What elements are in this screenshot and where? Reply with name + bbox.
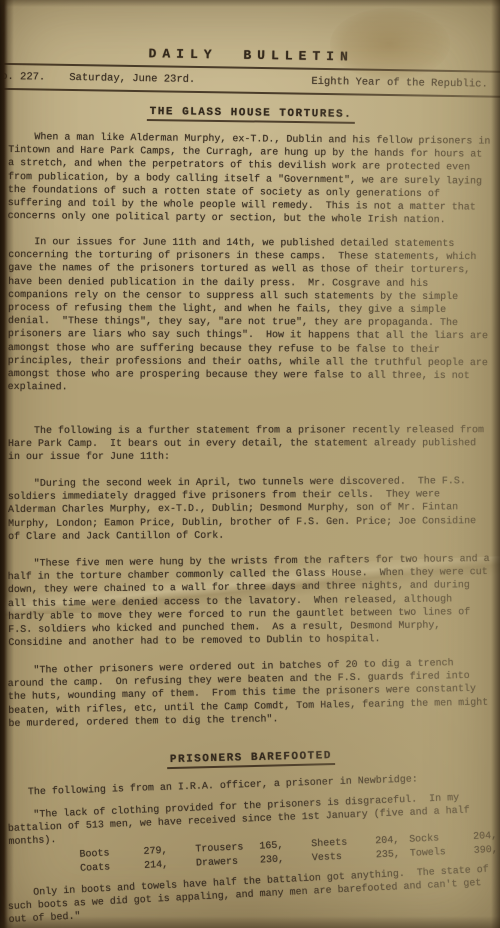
supplies-column: Sheets 204, Vests 235, <box>311 834 410 866</box>
supplies-column: Boots 279, Coats 214, <box>79 843 196 876</box>
supply-item: Vests <box>312 849 371 866</box>
bottom-photo-edge <box>0 916 500 928</box>
supply-qty: 165, <box>259 840 283 852</box>
article1-heading: THE GLASS HOUSE TORTURES. <box>8 99 494 126</box>
supply-qty: 214, <box>144 859 168 871</box>
bulletin-page: DAILY BULLETIN No. 227. Saturday, June 2… <box>0 0 500 928</box>
page-content: DAILY BULLETIN No. 227. Saturday, June 2… <box>0 0 500 927</box>
issue-date: Saturday, June 23rd. <box>69 72 195 86</box>
supply-qty: 230, <box>260 854 284 866</box>
supply-qty: 235, <box>376 849 400 861</box>
left-photo-edge <box>0 0 14 928</box>
top-photo-edge <box>0 0 500 7</box>
republic-year: Eighth Year of the Republic. <box>311 76 488 91</box>
article2-heading: PRISONERS BAREFOOTED <box>8 741 494 773</box>
article1-title: THE GLASS HOUSE TORTURES. <box>147 106 356 124</box>
supply-qty: 279, <box>143 845 167 857</box>
supplies-column: Trousers 165, Drawers 230, <box>195 838 312 871</box>
article2-title: PRISONERS BAREFOOTED <box>167 750 335 769</box>
supply-qty: 204, <box>375 835 399 847</box>
supplies-column: Socks 204, Towels 390, <box>409 828 500 861</box>
paragraph: "These five men were hung by the wrists … <box>8 553 495 651</box>
masthead-section: DAILY BULLETIN No. 227. Saturday, June 2… <box>8 44 495 98</box>
paragraph: The following is a further statement fro… <box>8 424 494 464</box>
paragraph: In our issues for June 11th and 14th, we… <box>8 236 495 397</box>
dateline: No. 227. Saturday, June 23rd. Eighth Yea… <box>8 71 494 91</box>
paragraph: "During the second week in April, two tu… <box>8 476 494 545</box>
right-photo-edge <box>491 0 500 928</box>
supply-item: Drawers <box>196 855 255 872</box>
paragraph: When a man like Alderman Murphy, ex-T.D.… <box>8 131 495 228</box>
supply-item: Towels <box>410 845 469 862</box>
supply-item: Coats <box>80 860 139 877</box>
paragraph: "The other prisoners were ordered out in… <box>7 656 494 730</box>
